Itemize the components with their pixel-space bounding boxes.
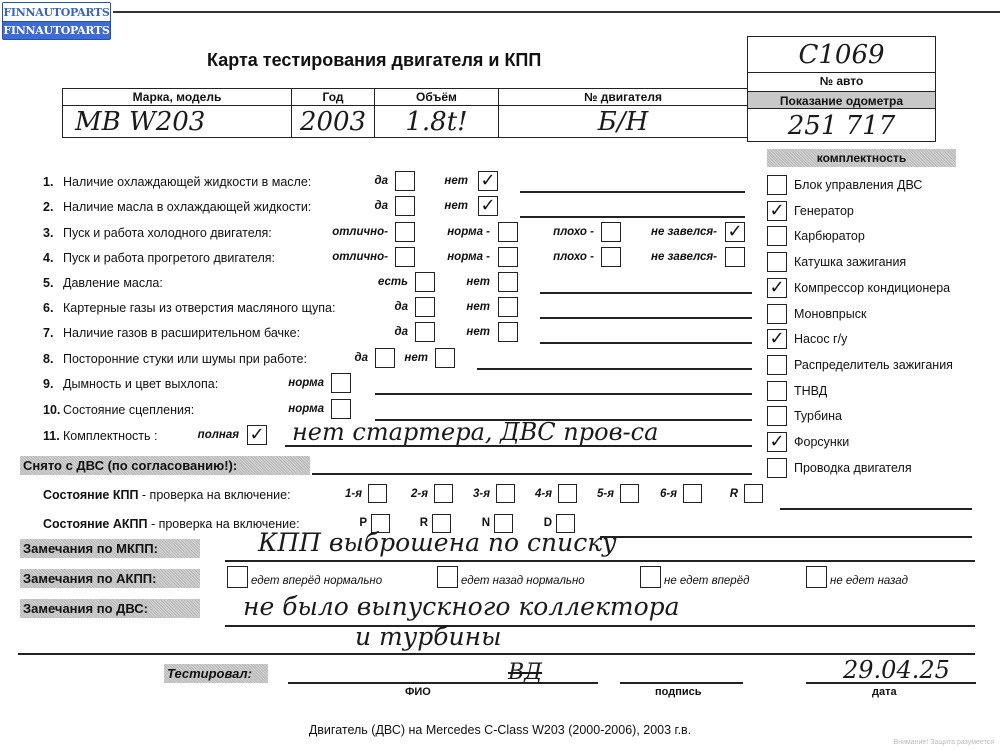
akpp-option-label: не едет назад bbox=[830, 575, 908, 587]
completeness-item-label: Турбина bbox=[794, 409, 842, 423]
question-label: Давление масла: bbox=[63, 276, 163, 290]
option-checkbox[interactable]: ✓ bbox=[478, 171, 498, 191]
dvs-remarks-line-1 bbox=[225, 625, 975, 627]
akpp-option-label: не едет вперёд bbox=[664, 575, 749, 587]
completeness-item-label: Насос г/у bbox=[794, 332, 847, 346]
answer-line[interactable] bbox=[540, 342, 752, 344]
option-label: плохо - bbox=[553, 251, 594, 263]
completeness-header: комплектность bbox=[767, 149, 956, 167]
option-checkbox[interactable] bbox=[415, 322, 435, 342]
completeness-checkbox[interactable]: ✓ bbox=[767, 432, 787, 452]
question-number: 5. bbox=[43, 276, 63, 290]
option-checkbox[interactable] bbox=[498, 272, 518, 292]
question-label: Комплектность : bbox=[63, 429, 157, 443]
option-checkbox[interactable]: ✓ bbox=[247, 425, 267, 445]
question-text: 6.Картерные газы из отверстия масляного … bbox=[43, 301, 335, 315]
car-number-label: № авто bbox=[748, 73, 935, 90]
question-label: Пуск и работа холодного двигателя: bbox=[63, 226, 272, 240]
option-label: норма - bbox=[447, 226, 490, 238]
gear-label: 6-я bbox=[660, 488, 677, 500]
footer-caption: Двигатель (ДВС) на Mercedes C-Class W203… bbox=[0, 723, 1000, 737]
gear-checkbox[interactable] bbox=[744, 484, 763, 503]
option-label: норма - bbox=[447, 251, 490, 263]
date-label: дата bbox=[872, 686, 897, 698]
gear-label: 4-я bbox=[535, 488, 552, 500]
gear-label: 3-я bbox=[473, 488, 490, 500]
akpp-line[interactable] bbox=[600, 536, 972, 538]
completeness-checkbox[interactable] bbox=[767, 304, 787, 324]
option-label: да bbox=[374, 200, 388, 212]
akpp-option-label: едет назад нормально bbox=[461, 575, 585, 587]
odometer-value[interactable]: 251 717 bbox=[748, 110, 935, 142]
question-number: 8. bbox=[43, 352, 63, 366]
fio-line bbox=[288, 682, 598, 684]
col-make-model: Марка, модель bbox=[63, 89, 292, 106]
question-number: 2. bbox=[43, 200, 63, 214]
completeness-checkbox[interactable] bbox=[767, 406, 787, 426]
option-checkbox[interactable] bbox=[601, 222, 621, 242]
option-checkbox[interactable] bbox=[435, 348, 455, 368]
option-checkbox[interactable] bbox=[498, 322, 518, 342]
akpp-remarks-label: Замечания по АКПП: bbox=[20, 569, 200, 588]
option-checkbox[interactable] bbox=[331, 399, 351, 419]
option-label: нет bbox=[404, 352, 428, 364]
question-label: Пуск и работа прогретого двигателя: bbox=[63, 251, 275, 265]
completeness-checkbox[interactable]: ✓ bbox=[767, 278, 787, 298]
completeness-item-label: Форсунки bbox=[794, 435, 849, 449]
dvs-remarks-line-2 bbox=[18, 653, 975, 655]
completeness-checkbox[interactable] bbox=[767, 175, 787, 195]
option-checkbox[interactable] bbox=[395, 196, 415, 216]
dvs-remarks-label: Замечания по ДВС: bbox=[20, 599, 200, 618]
completeness-checkbox[interactable] bbox=[767, 458, 787, 478]
completeness-checkbox[interactable] bbox=[767, 355, 787, 375]
completeness-item-label: Проводка двигателя bbox=[794, 461, 912, 475]
dvs-remarks-value-1[interactable]: не было выпускного коллектора bbox=[243, 592, 680, 621]
gear-label: R bbox=[730, 488, 738, 500]
option-label: плохо - bbox=[553, 226, 594, 238]
question-number: 3. bbox=[43, 226, 63, 240]
option-label: не завелся- bbox=[651, 226, 717, 238]
completeness-item-label: Блок управления ДВС bbox=[794, 178, 922, 192]
vehicle-info-table: Марка, модель Год Объём № двигателя MB W… bbox=[62, 88, 748, 138]
completeness-checkbox[interactable] bbox=[767, 381, 787, 401]
question-number: 7. bbox=[43, 326, 63, 340]
option-label: норма bbox=[288, 377, 324, 389]
completeness-item-label: Катушка зажигания bbox=[794, 255, 906, 269]
option-label: да bbox=[354, 352, 368, 364]
akpp-option-checkbox[interactable] bbox=[227, 566, 248, 588]
volume-value[interactable]: 1.8t! bbox=[375, 106, 499, 138]
option-checkbox[interactable] bbox=[601, 247, 621, 267]
logo-line-2: FINNAUTOPARTS bbox=[3, 22, 110, 40]
option-label: да bbox=[394, 326, 408, 338]
option-checkbox[interactable]: ✓ bbox=[478, 196, 498, 216]
option-checkbox[interactable] bbox=[331, 373, 351, 393]
page-title: Карта тестирования двигателя и КПП bbox=[207, 50, 541, 71]
question-number: 4. bbox=[43, 251, 63, 265]
tested-label: Тестировал: bbox=[164, 664, 268, 683]
question-label: Наличие масла в охлаждающей жидкости: bbox=[63, 200, 311, 214]
option-label: отлично- bbox=[332, 251, 388, 263]
question-number: 1. bbox=[43, 175, 63, 189]
top-rule bbox=[113, 11, 1000, 13]
car-number-box: C1069 № авто Показание одометра 251 717 bbox=[747, 36, 936, 142]
option-label: да bbox=[374, 175, 388, 187]
gear-checkbox[interactable] bbox=[558, 484, 577, 503]
question-label: Наличие охлаждающей жидкости в масле: bbox=[63, 175, 311, 189]
question-number: 11. bbox=[43, 429, 63, 443]
option-label: полная bbox=[198, 429, 239, 441]
col-volume: Объём bbox=[375, 89, 499, 106]
answer-line[interactable] bbox=[540, 317, 752, 319]
date-value[interactable]: 29.04.25 bbox=[843, 656, 950, 684]
logo-line-1: FINNAUTOPARTS bbox=[3, 3, 110, 22]
completeness-item-label: Генератор bbox=[794, 204, 854, 218]
gear-checkbox[interactable] bbox=[368, 484, 387, 503]
removed-line[interactable] bbox=[312, 473, 752, 475]
option-label: нет bbox=[466, 326, 490, 338]
mkpp-remarks-label: Замечания по МКПП: bbox=[20, 539, 200, 558]
option-checkbox[interactable] bbox=[415, 297, 435, 317]
option-label: есть bbox=[378, 276, 408, 288]
gear-checkbox[interactable] bbox=[434, 484, 453, 503]
option-checkbox[interactable] bbox=[395, 171, 415, 191]
completeness-checkbox[interactable]: ✓ bbox=[767, 329, 787, 349]
year-value[interactable]: 2003 bbox=[292, 106, 375, 138]
akpp-option-checkbox[interactable] bbox=[806, 566, 827, 588]
sign-label: подпись bbox=[655, 686, 702, 698]
mkpp-line[interactable] bbox=[780, 508, 972, 510]
option-checkbox[interactable] bbox=[498, 297, 518, 317]
question-text: 2.Наличие масла в охлаждающей жидкости: bbox=[43, 200, 311, 214]
answer-line[interactable] bbox=[540, 292, 752, 294]
question-text: 7.Наличие газов в расширительном бачке: bbox=[43, 326, 300, 340]
answer-line[interactable] bbox=[520, 216, 745, 218]
option-checkbox[interactable] bbox=[498, 222, 518, 242]
option-label: нет bbox=[466, 276, 490, 288]
completeness-item-label: Компрессор кондиционера bbox=[794, 281, 950, 295]
watermark: Внимание! Защита разумеется bbox=[893, 739, 994, 746]
option-label: не завелся- bbox=[651, 251, 717, 263]
removed-label: Снято с ДВС (по согласованию!): bbox=[20, 456, 310, 475]
gear-label: 5-я bbox=[597, 488, 614, 500]
question-number: 6. bbox=[43, 301, 63, 315]
odometer-label: Показание одометра bbox=[748, 91, 935, 109]
question-text: 3.Пуск и работа холодного двигателя: bbox=[43, 226, 272, 240]
gear-label: 2-я bbox=[411, 488, 428, 500]
question-text: 1.Наличие охлаждающей жидкости в масле: bbox=[43, 175, 311, 189]
option-label: отлично- bbox=[332, 226, 388, 238]
question-text: 10.Состояние сцепления: bbox=[43, 403, 194, 417]
option-checkbox[interactable] bbox=[375, 348, 395, 368]
car-number-value[interactable]: C1069 bbox=[748, 37, 935, 73]
question-number: 9. bbox=[43, 377, 63, 391]
answer-line[interactable] bbox=[520, 191, 745, 193]
option-checkbox[interactable]: ✓ bbox=[725, 222, 745, 242]
col-year: Год bbox=[292, 89, 375, 106]
completeness-checkbox[interactable] bbox=[767, 252, 787, 272]
question-text: 11.Комплектность : bbox=[43, 429, 157, 443]
question-text: 5.Давление масла: bbox=[43, 276, 163, 290]
sign-line[interactable] bbox=[620, 682, 743, 684]
akpp-option-checkbox[interactable] bbox=[640, 566, 661, 588]
question-text: 8.Посторонние стуки или шумы при работе: bbox=[43, 352, 307, 366]
option-label: да bbox=[394, 301, 408, 313]
question-label: Посторонние стуки или шумы при работе: bbox=[63, 352, 307, 366]
answer-line[interactable] bbox=[375, 393, 752, 395]
question-label: Картерные газы из отверстия масляного щу… bbox=[63, 301, 335, 315]
col-engine-number: № двигателя bbox=[499, 89, 748, 106]
make-model-value[interactable]: MB W203 bbox=[63, 106, 292, 138]
gear-label: 1-я bbox=[345, 488, 362, 500]
option-label: норма bbox=[288, 403, 324, 415]
question-label: Дымность и цвет выхлопа: bbox=[63, 377, 218, 391]
akpp-option-checkbox[interactable] bbox=[437, 566, 458, 588]
completeness-checkbox[interactable]: ✓ bbox=[767, 201, 787, 221]
gear-checkbox[interactable] bbox=[683, 484, 702, 503]
completeness-item-label: Моновпрыск bbox=[794, 307, 866, 321]
option-checkbox[interactable] bbox=[725, 247, 745, 267]
completeness-item-label: Распределитель зажигания bbox=[794, 358, 953, 372]
mkpp-remarks-line bbox=[225, 560, 975, 562]
question-label: Наличие газов в расширительном бачке: bbox=[63, 326, 300, 340]
fio-value[interactable]: ВД bbox=[508, 660, 542, 685]
question-text: 4.Пуск и работа прогретого двигателя: bbox=[43, 251, 275, 265]
option-label: нет bbox=[466, 301, 490, 313]
dvs-remarks-value-2[interactable]: и турбины bbox=[355, 622, 501, 651]
gear-checkbox[interactable] bbox=[620, 484, 639, 503]
engine-number-value[interactable]: Б/Н bbox=[499, 106, 748, 138]
option-label: нет bbox=[444, 175, 468, 187]
option-checkbox[interactable] bbox=[395, 247, 415, 267]
option-checkbox[interactable] bbox=[498, 247, 518, 267]
mkpp-check-label: Состояние КПП - проверка на включение: bbox=[43, 488, 291, 502]
question-number: 10. bbox=[43, 403, 63, 417]
logo: FINNAUTOPARTS FINNAUTOPARTS bbox=[2, 2, 111, 40]
answer-line[interactable] bbox=[477, 368, 752, 370]
akpp-option-label: едет вперёд нормально bbox=[251, 575, 382, 587]
question-label: Состояние сцепления: bbox=[63, 403, 194, 417]
option-checkbox[interactable] bbox=[415, 272, 435, 292]
gear-checkbox[interactable] bbox=[496, 484, 515, 503]
completeness-note[interactable]: нет стартера, ДВС пров-са bbox=[292, 418, 658, 446]
mkpp-remarks-value[interactable]: КПП выброшена по списку bbox=[258, 528, 617, 557]
completeness-item-label: Карбюратор bbox=[794, 229, 865, 243]
option-label: нет bbox=[444, 200, 468, 212]
question-text: 9.Дымность и цвет выхлопа: bbox=[43, 377, 218, 391]
completeness-checkbox[interactable] bbox=[767, 226, 787, 246]
completeness-item-label: ТНВД bbox=[794, 384, 827, 398]
option-checkbox[interactable] bbox=[395, 222, 415, 242]
fio-label: ФИО bbox=[405, 686, 431, 698]
